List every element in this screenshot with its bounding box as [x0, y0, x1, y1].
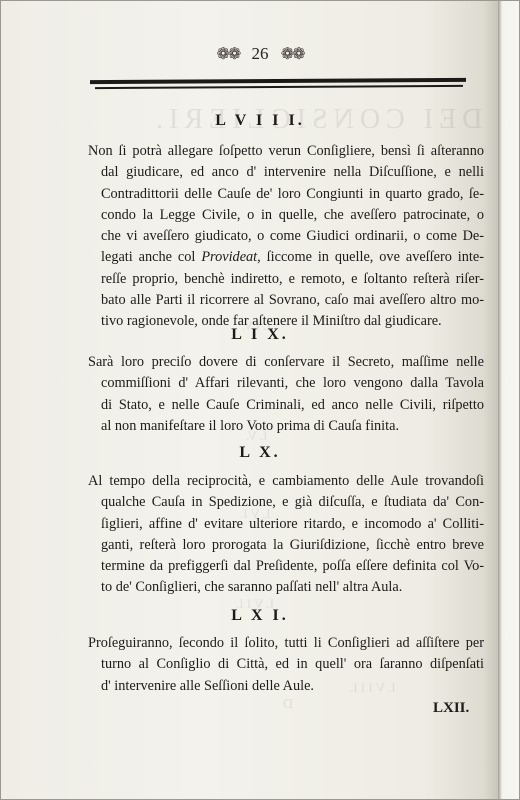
text-line: to de' Conſiglieri, che saranno paſſati …: [88, 577, 484, 598]
text-line: di Stato, e nelle Cauſe Criminali, ed an…: [88, 395, 484, 416]
text-line: Al tempo della reciprocità, e cambiament…: [88, 471, 484, 492]
section-body-lix: Sarà loro preciſo dovere di conſervare i…: [88, 352, 484, 437]
text-line: dal giudicare, ed anco d' intervenire ne…: [88, 162, 484, 183]
catchword: LXII.: [433, 700, 469, 717]
text-line: Sarà loro preciſo dovere di conſervare i…: [88, 352, 484, 373]
text-line: d' intervenire alle Seſſioni delle Aule.: [88, 676, 484, 697]
fleuron-left-icon: ❁: [216, 46, 227, 63]
text-line: reſſe proprio, benchè indiretto, e remot…: [88, 269, 484, 290]
italic-term: Provideat: [201, 249, 257, 265]
section-body-lxi: Proſeguiranno, ſecondo il ſolito, tutti …: [88, 633, 484, 697]
text-line: turno al Conſiglio di Città, ed in quell…: [88, 654, 484, 675]
text-line: legati anche col Provideat, ſiccome in q…: [88, 247, 484, 268]
text-line: commiſſioni d' Affari rilevanti, che lor…: [88, 373, 484, 394]
page-number: 26: [252, 44, 269, 63]
text-line: qualche Cauſa in Spedizione, e già diſcu…: [88, 492, 484, 513]
text-line: ſiglieri, affine d' evitare ulteriore ri…: [88, 514, 484, 535]
fleuron-right-icon: ❁: [292, 46, 303, 63]
fleuron-right-icon: ❁: [281, 46, 292, 63]
text-line: al non manifeſtare il loro Voto prima di…: [88, 416, 484, 437]
section-body-lx: Al tempo della reciprocità, e cambiament…: [88, 471, 484, 599]
text-line: Non ſi potrà allegare ſoſpetto verun Con…: [88, 141, 484, 162]
text-line: Proſeguiranno, ſecondo il ſolito, tutti …: [88, 633, 484, 654]
text-line: ganti, reſterà loro prorogata la Giuriſd…: [88, 535, 484, 556]
bleed-through-fragment: D: [283, 697, 293, 713]
section-title-lx: L X.: [0, 444, 520, 462]
text-line: Contradittorii delle Cauſe de' loro Cong…: [88, 184, 484, 205]
fleuron-left-icon: ❁: [228, 46, 239, 63]
text-line: bato alle Parti il ricorrere al Sovrano,…: [88, 290, 484, 311]
section-title-lxi: L X I.: [0, 607, 520, 625]
section-title-lviii: L V I I I.: [0, 112, 520, 130]
section-body-lviii: Non ſi potrà allegare ſoſpetto verun Con…: [88, 141, 484, 333]
section-title-lix: L I X.: [0, 326, 520, 344]
text-line: che vi aveſſero giudicato, o come Giudic…: [88, 226, 484, 247]
text-line: termine da prefiggerſi dal Preſidente, p…: [88, 556, 484, 577]
text-line: condo la Legge Civile, o in quelle, che …: [88, 205, 484, 226]
page-header: ❁❁ 26 ❁❁: [0, 44, 520, 64]
